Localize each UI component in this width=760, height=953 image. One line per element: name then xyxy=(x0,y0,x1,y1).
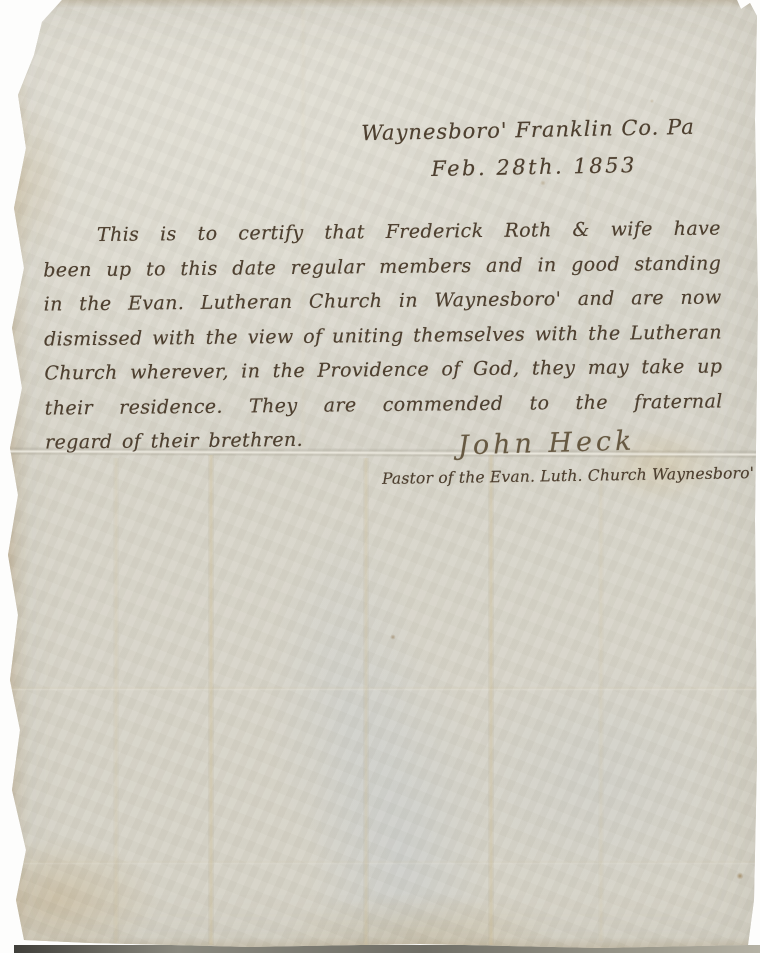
fold-crease-vertical xyxy=(488,455,494,945)
scanned-document: Waynesboro' Franklin Co. Pa Feb. 28th. 1… xyxy=(0,0,760,953)
paper-sheet: Waynesboro' Franklin Co. Pa Feb. 28th. 1… xyxy=(0,0,760,953)
fold-crease-vertical xyxy=(208,455,214,945)
fold-crease-vertical xyxy=(363,458,369,945)
fold-crease-vertical xyxy=(598,470,604,941)
body-line: their residence. They are commended to t… xyxy=(45,384,723,426)
signature: John Heck xyxy=(458,426,636,462)
letter-date-line: Feb. 28th. 1853 xyxy=(418,153,650,181)
fold-crease-vertical xyxy=(113,458,119,943)
letter-body: This is to certify that Frederick Roth &… xyxy=(43,211,723,460)
